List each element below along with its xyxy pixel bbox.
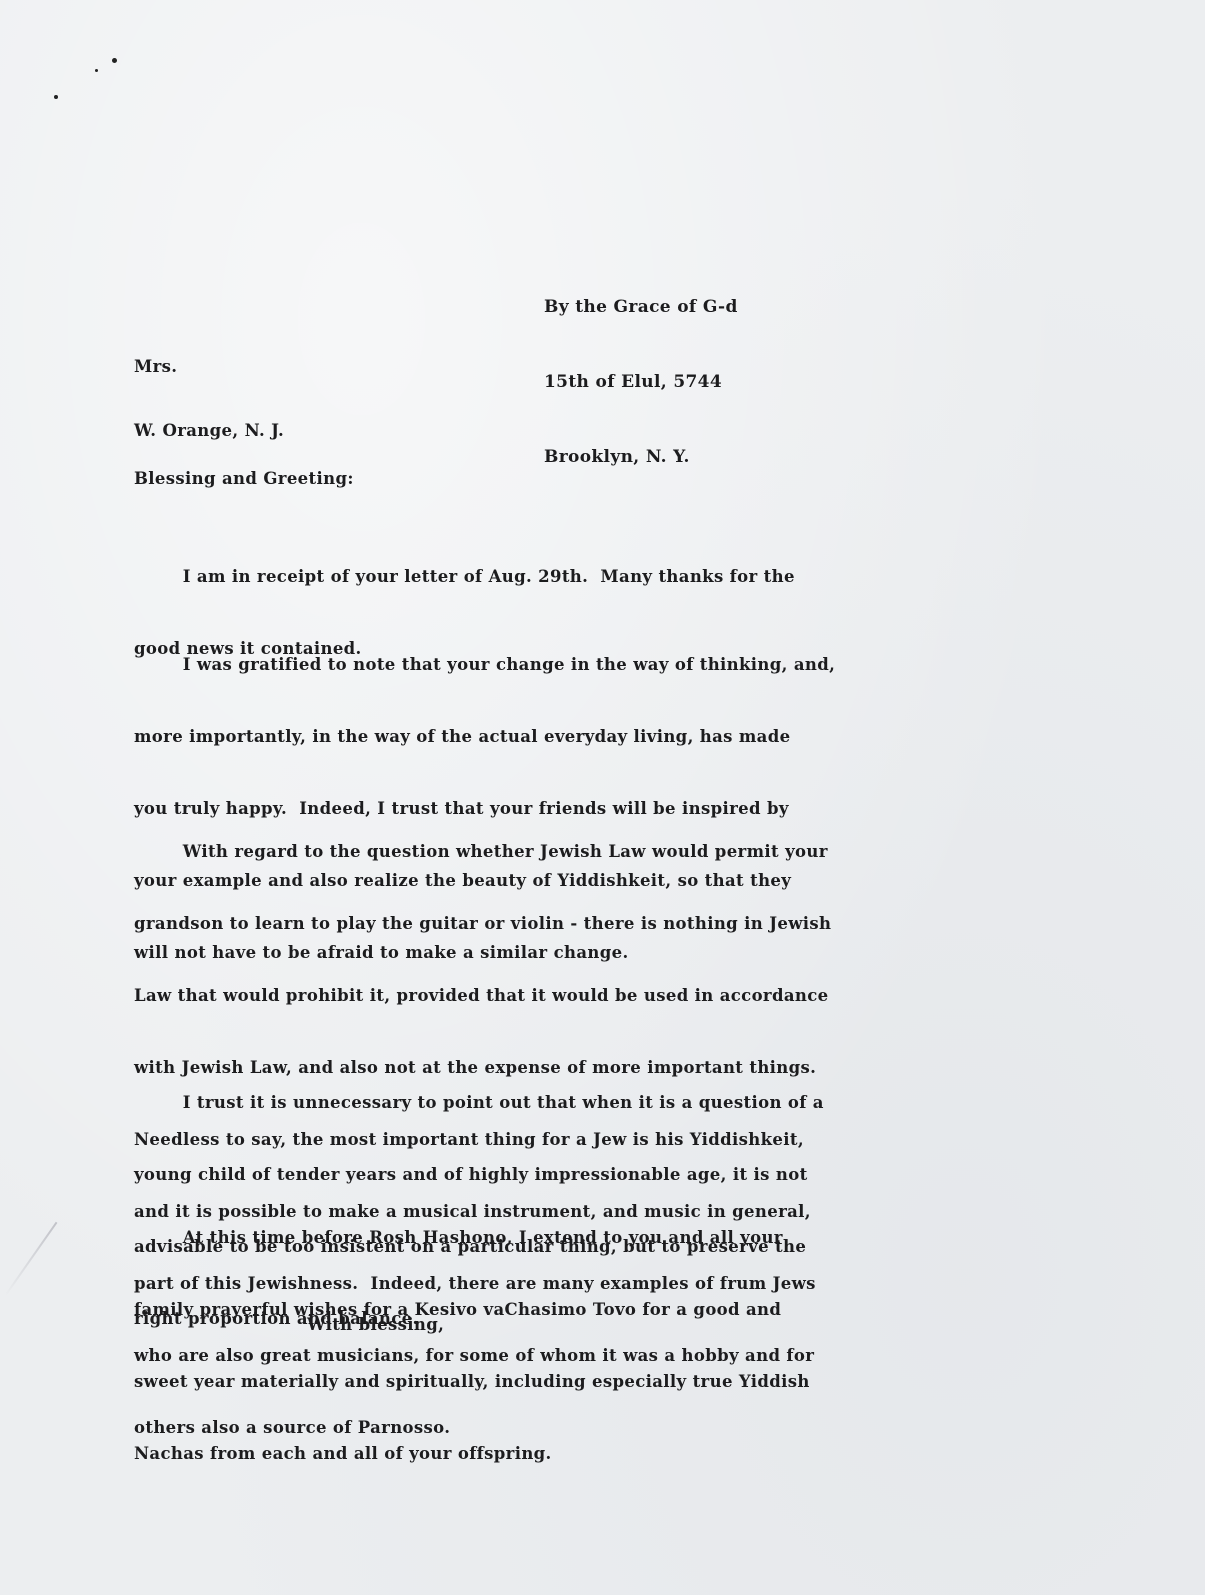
paragraph-line: Law that would prohibit it, provided tha…	[134, 984, 831, 1008]
paragraph-line: I was gratified to note that your change…	[134, 653, 835, 677]
heading-date: 15th of Elul, 5744	[544, 370, 738, 395]
paragraph-5: At this time before Rosh Hashono, I exte…	[134, 1178, 810, 1490]
letter-heading: By the Grace of G-d 15th of Elul, 5744 B…	[544, 245, 738, 495]
paragraph-line: Nachas from each and all of your offspri…	[134, 1442, 810, 1466]
recipient-city: W. Orange, N. J.	[134, 419, 284, 443]
heading-invocation: By the Grace of G-d	[544, 295, 738, 320]
paragraph-line: At this time before Rosh Hashono, I exte…	[134, 1226, 810, 1250]
ink-speck	[95, 69, 98, 72]
ink-speck	[112, 58, 117, 63]
paragraph-line: With regard to the question whether Jewi…	[134, 840, 831, 864]
heading-place: Brooklyn, N. Y.	[544, 445, 738, 470]
ink-speck	[54, 95, 58, 99]
closing: With blessing,	[307, 1313, 444, 1337]
recipient-name: Mrs.	[134, 355, 177, 379]
paragraph-line: grandson to learn to play the guitar or …	[134, 912, 831, 936]
paragraph-line: I am in receipt of your letter of Aug. 2…	[134, 565, 795, 589]
paragraph-line: family prayerful wishes for a Kesivo vaC…	[134, 1298, 810, 1322]
greeting: Blessing and Greeting:	[134, 467, 354, 491]
paragraph-line: sweet year materially and spiritually, i…	[134, 1370, 810, 1394]
paragraph-line: I trust it is unnecessary to point out t…	[134, 1091, 824, 1115]
paragraph-line: more importantly, in the way of the actu…	[134, 725, 835, 749]
